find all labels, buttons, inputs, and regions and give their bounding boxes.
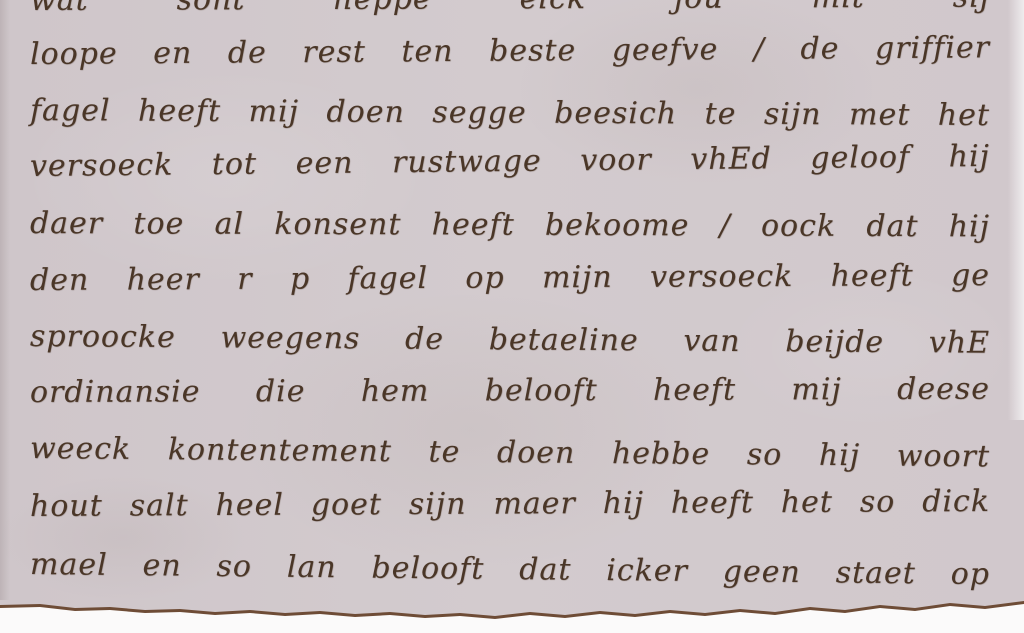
manuscript-line-2: loope en de rest ten beste geefve / de g… [30,30,990,73]
handwritten-text-block: wat sont heppe elck jou mit sij loope en… [0,0,1024,633]
manuscript-line-4: versoeck tot een rustwage voor vhEd gelo… [30,139,990,185]
manuscript-scan: wat sont heppe elck jou mit sij loope en… [0,0,1024,633]
manuscript-line-3: fagel heeft mij doen segge beesich te si… [30,93,990,134]
manuscript-line-9: weeck kontentement te doen hebbe so hij … [30,431,990,475]
manuscript-line-10: hout salt heel goet sijn maer hij heeft … [30,484,990,525]
manuscript-line-11: mael en so lan belooft dat icker geen st… [30,547,990,593]
manuscript-line-1: wat sont heppe elck jou mit sij [30,0,990,19]
manuscript-line-6: den heer r p fagel op mijn versoeck heef… [30,258,990,299]
manuscript-line-8: ordinansie die hem belooft heeft mij dee… [30,372,990,411]
manuscript-line-5: daer toe al konsent heeft bekoome / oock… [30,206,990,245]
manuscript-line-7: sproocke weegens de betaeline van beijde… [30,319,990,362]
